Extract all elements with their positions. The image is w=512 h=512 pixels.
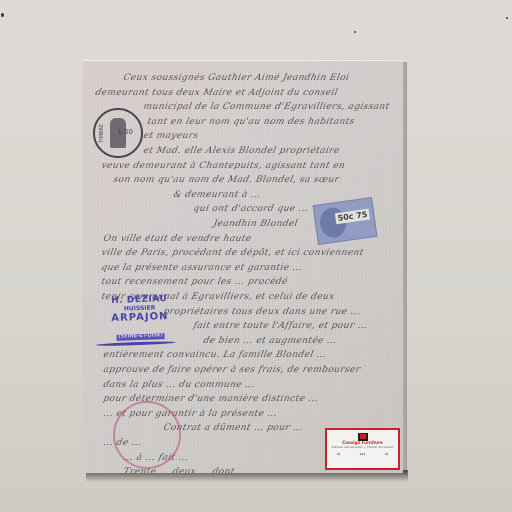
huissier-stamp: H. DEZIAU HUISSIER ARPAJON (SEINE-ET-OIS… xyxy=(94,294,186,346)
handwriting-line: veuve demeurant à Chantepuits, agissant … xyxy=(83,161,403,175)
handwriting-line: dans la plus ... du commune ... xyxy=(83,380,403,394)
store-logo-icon xyxy=(358,433,368,441)
wall-speck xyxy=(354,31,356,33)
timbre-seal: TIMBRE 1.50 xyxy=(93,108,143,158)
handwriting-line: Ceux soussignés Gauthier Aimé Jeandhin E… xyxy=(83,73,403,87)
tag-description: Framed canvas print — French document xyxy=(327,446,398,450)
canvas-print: Ceux soussignés Gauthier Aimé Jeandhin E… xyxy=(83,60,403,473)
handwriting-line: tout recensement pour les ... procédé xyxy=(83,277,403,291)
handwriting-line: entièrement convaincu. La famille Blonde… xyxy=(83,350,403,364)
price-tag: Consign Furniture Framed canvas print — … xyxy=(325,428,400,470)
huissier-town: ARPAJON xyxy=(95,311,185,325)
handwriting-line: son nom qu'au nom de Mad. Blondel, sa sœ… xyxy=(83,175,403,189)
red-circular-seal xyxy=(113,401,181,469)
tag-price: $$ xyxy=(385,452,389,456)
tag-price: $$ xyxy=(337,452,341,456)
tag-price: $$$ xyxy=(360,452,366,456)
handwriting-line: ville de Paris, procédant de dépôt, et i… xyxy=(83,248,403,262)
handwriting-line: que la présente assurance et garantie ..… xyxy=(83,263,403,277)
huissier-department: (SEINE-ET-OISE) xyxy=(116,334,165,341)
handwriting-line: approuve de faire opérer à ses frais, de… xyxy=(83,365,403,379)
fiscal-stamp: 50c 75 xyxy=(313,197,378,245)
tag-prices: $$ $$$ $$ xyxy=(327,452,398,456)
seal-value: 1.50 xyxy=(117,128,133,136)
wall-speck xyxy=(506,17,508,19)
seal-label: TIMBRE xyxy=(99,124,105,143)
wall-speck xyxy=(1,13,4,17)
handwriting-line: demeurant tous deux Maire et Adjoint du … xyxy=(83,88,403,102)
